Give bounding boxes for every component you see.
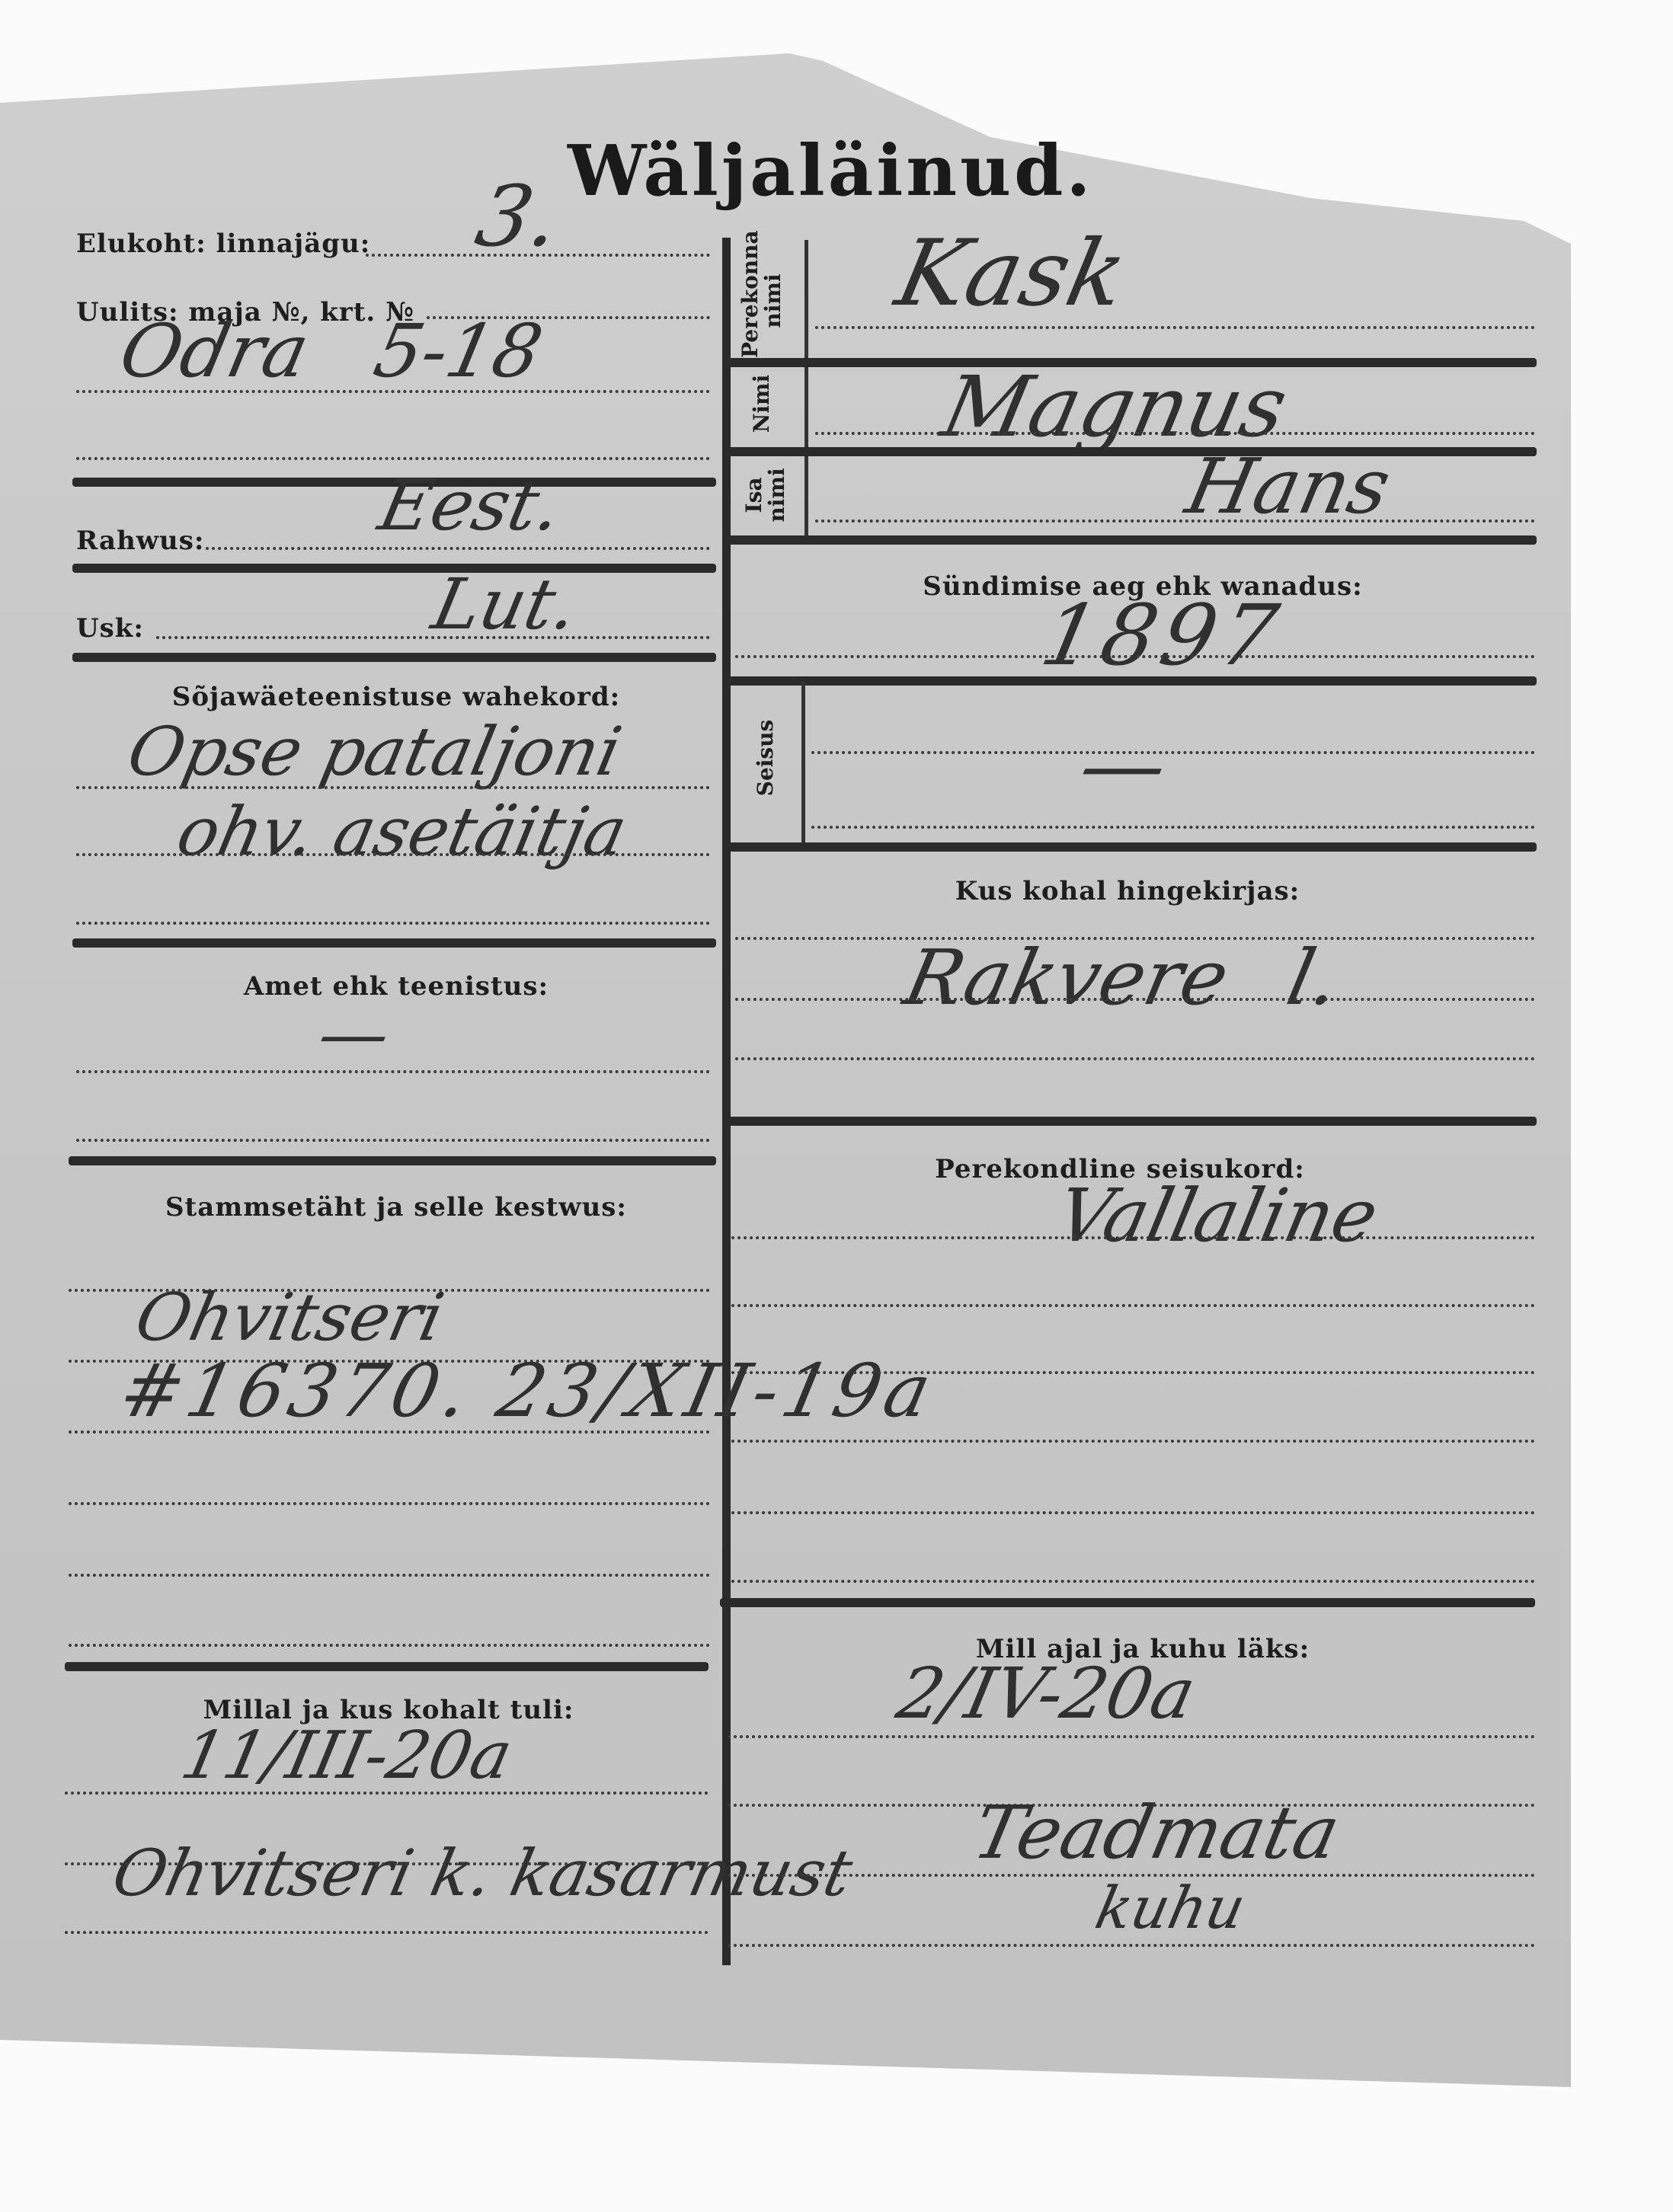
family-status-line-2[interactable]: [731, 1304, 1535, 1307]
registry-value: Rakvere l.: [897, 933, 1348, 1022]
family-status-line-5[interactable]: [731, 1511, 1535, 1514]
surname-line[interactable]: [815, 326, 1535, 329]
rule: [728, 535, 1537, 545]
registry-label: Kus kohal hingekirjas:: [955, 876, 1300, 906]
residence-permit-label: Stammsetäht ja selle kestwus:: [165, 1192, 627, 1223]
residence-district-label: Elukoht: linnajägu:: [76, 229, 370, 259]
occupation-line-2[interactable]: [76, 1139, 710, 1142]
arrived-line-3[interactable]: [65, 1931, 709, 1934]
rule: [728, 842, 1537, 852]
seisus-column-line: [801, 682, 805, 846]
military-service-line-1[interactable]: [76, 786, 710, 789]
birth-value: 1897: [1033, 587, 1291, 684]
registry-line-3[interactable]: [735, 1057, 1535, 1060]
family-status-line-6[interactable]: [731, 1580, 1535, 1583]
registry-line-2[interactable]: [735, 998, 1535, 1001]
gender-line-1[interactable]: [811, 751, 1535, 754]
departed-line-4[interactable]: [728, 1944, 1535, 1947]
military-service-line-2[interactable]: [76, 853, 710, 856]
residence-permit-line-4[interactable]: [69, 1502, 710, 1505]
father-name-line[interactable]: [815, 519, 1535, 523]
arrived-line-2[interactable]: [65, 1862, 709, 1865]
departed-value-1: 2/IV-20a: [891, 1653, 1203, 1734]
religion-line[interactable]: [156, 636, 710, 639]
street-line-2[interactable]: [76, 390, 710, 393]
family-status-value: Vallaline: [1050, 1173, 1385, 1258]
rule: [65, 1662, 709, 1671]
military-service-value-1: Opse pataljoni: [121, 712, 628, 791]
surname-value: Kask: [888, 221, 1135, 327]
departed-value-3: kuhu: [1090, 1874, 1252, 1942]
residence-district-line[interactable]: [366, 254, 710, 257]
religion-value: Lut.: [426, 564, 585, 645]
first-name-line[interactable]: [815, 432, 1535, 435]
residence-permit-line-5[interactable]: [69, 1574, 710, 1577]
center-divider: [722, 238, 731, 1965]
military-service-line-3[interactable]: [76, 922, 710, 925]
surname-label: Perekonna nimi: [739, 244, 785, 358]
father-name-value: Hans: [1179, 442, 1398, 531]
departed-line-1[interactable]: [728, 1735, 1535, 1738]
first-name-value: Magnus: [934, 358, 1295, 456]
family-status-line-1[interactable]: [731, 1236, 1535, 1239]
label-column-line: [805, 240, 808, 540]
rule: [72, 564, 716, 573]
rule: [69, 1156, 716, 1165]
family-status-line-4[interactable]: [731, 1440, 1535, 1443]
form-title: Wäljaläinud.: [568, 129, 1093, 212]
arrived-value-2: Ohvitseri k. kasarmust: [107, 1836, 859, 1910]
occupation-line-1[interactable]: [76, 1070, 710, 1073]
street-value: Odra 5-18: [113, 308, 549, 394]
rule: [728, 676, 1537, 686]
rule: [72, 653, 716, 662]
birth-line[interactable]: [735, 655, 1535, 658]
gender-line-2[interactable]: [811, 826, 1535, 829]
residence-permit-line-6[interactable]: [69, 1644, 710, 1647]
religion-label: Usk:: [76, 613, 144, 644]
rule: [724, 1117, 1537, 1126]
arrived-value-1: 11/III-20a: [174, 1718, 518, 1794]
military-service-label: Sõjawäeteenistuse wahekord:: [172, 682, 620, 712]
father-name-label: Isa nimi: [743, 457, 789, 533]
residence-permit-value-2: #16370. 23/XII-19a: [113, 1348, 942, 1434]
rule: [720, 1598, 1535, 1607]
residence-permit-value-1: Ohvitseri: [129, 1280, 449, 1356]
nationality-value: Eest.: [373, 465, 569, 546]
family-status-line-3[interactable]: [731, 1371, 1535, 1374]
nationality-label: Rahwus:: [76, 526, 204, 556]
arrived-line-1[interactable]: [65, 1792, 709, 1795]
first-name-label: Nimi: [750, 366, 773, 442]
residence-permit-line-3[interactable]: [69, 1430, 710, 1434]
nationality-line[interactable]: [206, 547, 710, 550]
rule: [72, 938, 716, 948]
gender-label: Seisus: [754, 716, 777, 800]
military-service-value-2: ohv. asetäitja: [171, 792, 634, 871]
street-line-3[interactable]: [76, 457, 710, 460]
departed-value-2: Teadmata: [966, 1790, 1347, 1875]
rule: [728, 447, 1537, 456]
